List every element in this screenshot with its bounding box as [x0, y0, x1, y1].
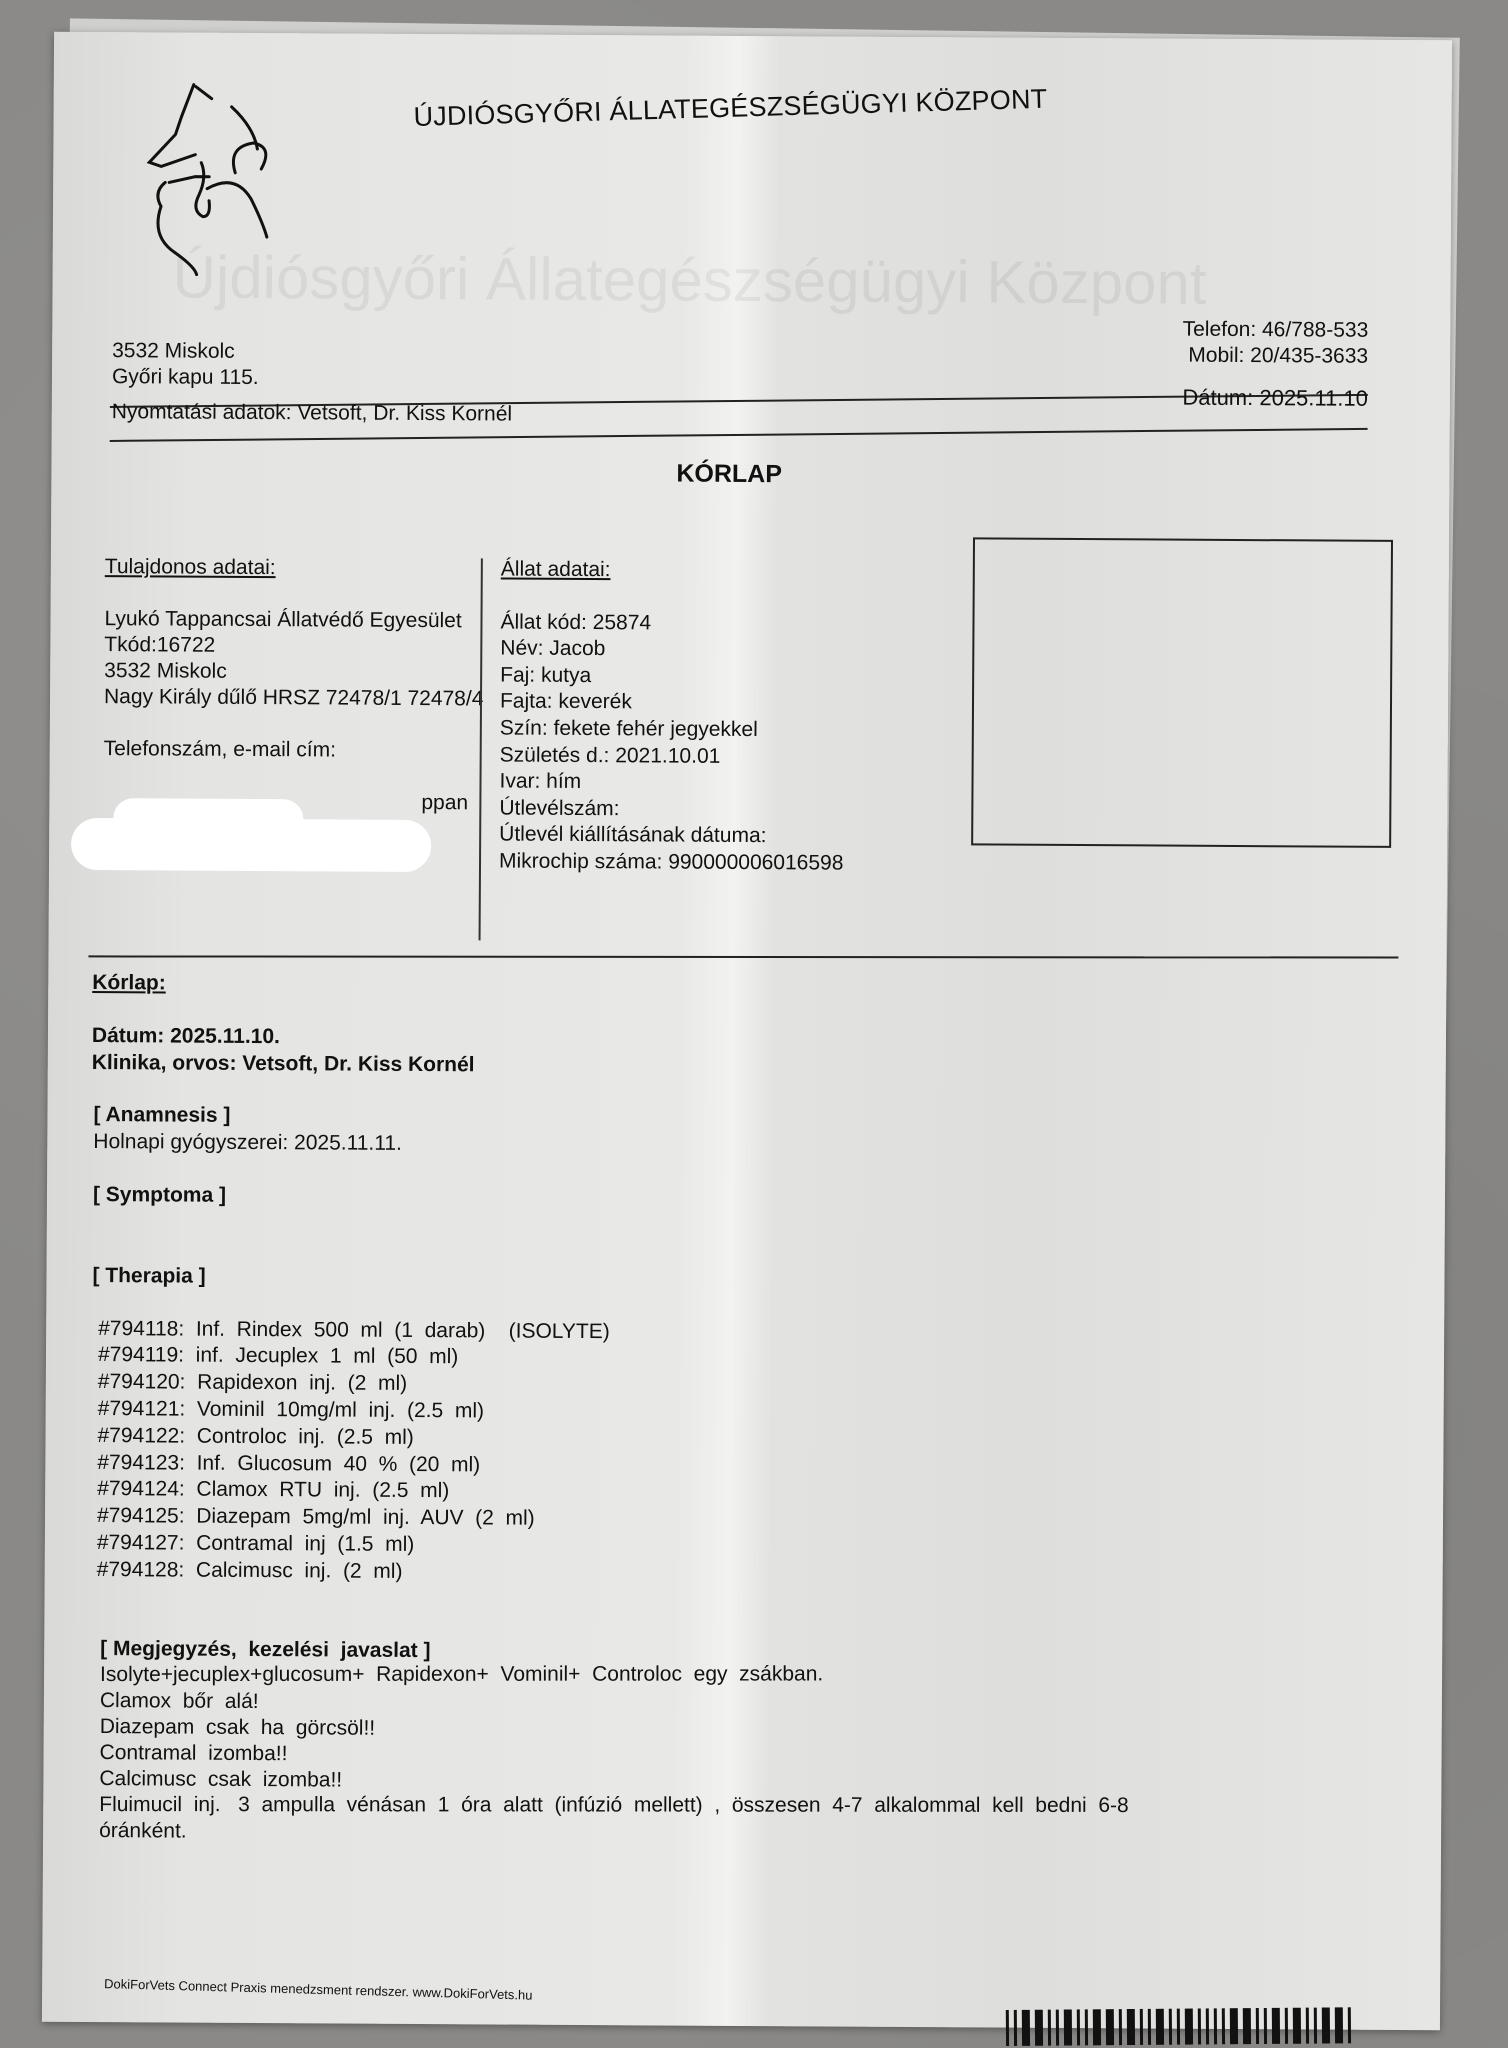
redaction-mark — [71, 818, 431, 872]
software-footer: DokiForVets Connect Praxis menedzsment r… — [104, 1976, 533, 2003]
medical-record-sheet: Újdiósgyőri Állategészségügyi Központ ÚJ… — [42, 32, 1452, 2031]
address-line-1: 3532 Miskolc — [112, 338, 259, 365]
animal-section: Állat adatai: Állat kód: 25874 Név: Jaco… — [499, 556, 845, 877]
header-date: Dátum: 2025.11.10 — [1182, 385, 1368, 412]
bleed-through-text: Újdiósgyőri Állategészségügyi Központ — [172, 242, 1206, 317]
animal-field: Fajta: keverék — [500, 689, 845, 718]
animal-field: Ivar: hím — [499, 769, 844, 798]
therapy-item: #794128: Calcimusc inj. (2 ml) — [89, 1557, 609, 1587]
therapy-item: #794121: Vominil 10mg/ml inj. (2.5 ml) — [90, 1396, 610, 1426]
animal-field: Állat kód: 25874 — [500, 609, 845, 638]
notes-section: [ Megjegyzés, kezelési javaslat ] Isolyt… — [99, 1636, 1130, 1850]
record-date: Dátum: 2025.11.10. — [92, 1023, 612, 1053]
record-heading: Kórlap: — [92, 970, 612, 1000]
form-title: KÓRLAP — [676, 460, 782, 490]
divider — [110, 428, 1368, 442]
animal-field: Szín: fekete fehér jegyekkel — [500, 715, 845, 744]
clinic-contact: Telefon: 46/788-533 Mobil: 20/435-3633 — [1182, 317, 1368, 370]
animal-field: Mikrochip száma: 990000006016598 — [499, 848, 844, 877]
clinic-name: ÚJDIÓSGYŐRI ÁLLATEGÉSZSÉGÜGYI KÖZPONT — [413, 84, 1048, 133]
clinic-address: 3532 Miskolc Győri kapu 115. — [112, 338, 259, 391]
owner-tkod: Tkód:16722 — [104, 632, 484, 660]
animal-field: Útlevél kiállításának dátuma: — [499, 822, 844, 851]
animal-field: Útlevélszám: — [499, 795, 844, 824]
owner-name: Lyukó Tappancsai Állatvédő Egyesület — [104, 606, 484, 634]
divider — [88, 955, 1398, 958]
therapy-item: #794120: Rapidexon inj. (2 ml) — [90, 1369, 610, 1399]
anamnesis-text: Holnapi gyógyszerei: 2025.11.11. — [91, 1129, 611, 1159]
dog-cat-silhouette-logo-icon — [135, 76, 276, 277]
therapy-item: #794122: Controloc inj. (2.5 ml) — [89, 1423, 609, 1453]
record-clinic-doctor: Klinika, orvos: Vetsoft, Dr. Kiss Kornél — [92, 1050, 612, 1080]
animal-field: Faj: kutya — [500, 662, 845, 691]
therapy-item: #794123: Inf. Glucosum 40 % (20 ml) — [89, 1450, 609, 1480]
therapy-item: #794124: Clamox RTU inj. (2.5 ml) — [89, 1476, 609, 1506]
symptoma-heading: [ Symptoma ] — [91, 1182, 611, 1212]
owner-city: 3532 Miskolc — [104, 658, 484, 686]
therapia-heading: [ Therapia ] — [90, 1263, 610, 1293]
animal-field: Név: Jacob — [500, 636, 845, 665]
owner-street: Nagy Király dűlő HRSZ 72478/1 72478/4 — [104, 684, 484, 712]
note-line: Fluimucil inj. 3 ampulla vénásan 1 óra a… — [99, 1792, 1128, 1819]
therapy-item: #794118: Inf. Rindex 500 ml (1 darab) (I… — [90, 1316, 610, 1346]
note-line: Isolyte+jecuplex+glucosum+ Rapidexon+ Vo… — [100, 1661, 1129, 1688]
owner-heading: Tulajdonos adatai: — [105, 554, 485, 582]
therapy-item: #794127: Contramal inj (1.5 ml) — [89, 1530, 609, 1560]
therapy-item: #794125: Diazepam 5mg/ml inj. AUV (2 ml) — [89, 1503, 609, 1533]
therapy-item: #794119: inf. Jecuplex 1 ml (50 ml) — [90, 1342, 610, 1372]
phone: Telefon: 46/788-533 — [1183, 317, 1369, 344]
owner-contact-label: Telefonszám, e-mail cím: — [104, 736, 484, 764]
animal-heading: Állat adatai: — [501, 556, 846, 585]
anamnesis-heading: [ Anamnesis ] — [91, 1102, 611, 1132]
address-line-2: Győri kapu 115. — [112, 364, 259, 391]
photo-placeholder-box — [971, 537, 1393, 848]
print-info: Nyomtatási adatok: Vetsoft, Dr. Kiss Kor… — [112, 400, 512, 426]
record-section: Kórlap: Dátum: 2025.11.10. Klinika, orvo… — [89, 970, 612, 1587]
animal-field: Születés d.: 2021.10.01 — [500, 742, 845, 771]
mobile: Mobil: 20/435-3633 — [1182, 343, 1368, 370]
owner-section: Tulajdonos adatai: Lyukó Tappancsai Álla… — [103, 554, 484, 816]
barcode-icon — [1006, 2007, 1351, 2046]
note-line: óránként. — [99, 1818, 1129, 1850]
